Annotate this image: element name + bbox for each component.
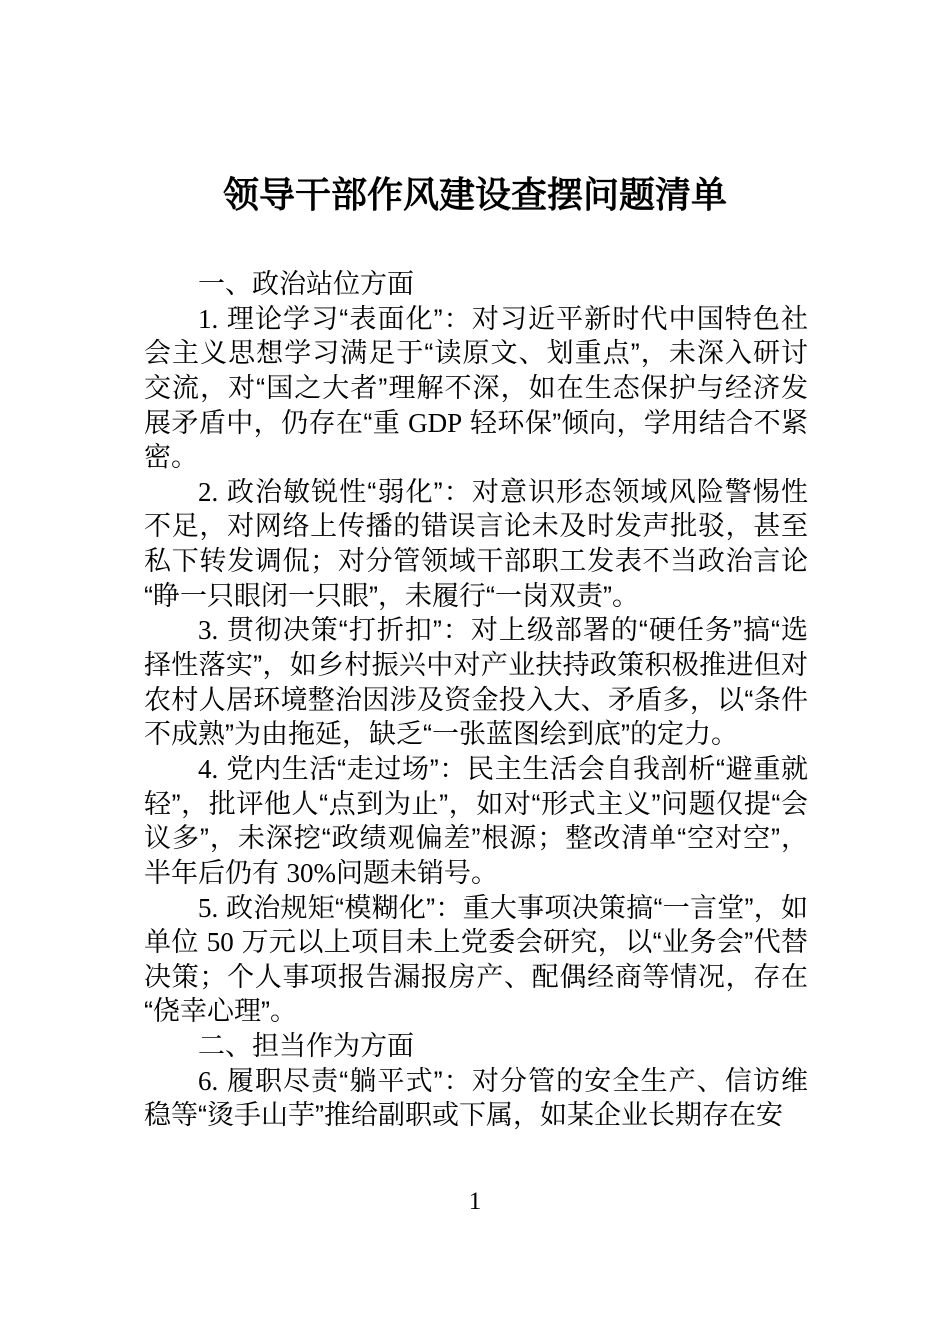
page-number: 1	[0, 1186, 950, 1218]
document-body: 一、政治站位方面 1. 理论学习“表面化”：对习近平新时代中国特色社会主义思想学…	[144, 267, 808, 1133]
document-page: 领导干部作风建设查摆问题清单 一、政治站位方面 1. 理论学习“表面化”：对习近…	[0, 0, 950, 1344]
paragraph-5: 5. 政治规矩“模糊化”：重大事项决策搞“一言堂”，如单位 50 万元以上项目未…	[144, 891, 808, 1030]
paragraph-6: 6. 履职尽责“躺平式”：对分管的安全生产、信访维稳等“烫手山芋”推给副职或下属…	[144, 1064, 808, 1133]
paragraph-1: 1. 理论学习“表面化”：对习近平新时代中国特色社会主义思想学习满足于“读原文、…	[144, 302, 808, 475]
section-heading-political-stance: 一、政治站位方面	[144, 267, 808, 302]
page-title: 领导干部作风建设查摆问题清单	[0, 169, 950, 221]
paragraph-2: 2. 政治敏锐性“弱化”：对意识形态领域风险警惕性不足，对网络上传播的错误言论未…	[144, 475, 808, 614]
paragraph-3: 3. 贯彻决策“打折扣”：对上级部署的“硬任务”搞“选择性落实”，如乡村振兴中对…	[144, 613, 808, 752]
paragraph-4: 4. 党内生活“走过场”：民主生活会自我剖析“避重就轻”，批评他人“点到为止”，…	[144, 752, 808, 891]
section-heading-responsibility: 二、担当作为方面	[144, 1029, 808, 1064]
